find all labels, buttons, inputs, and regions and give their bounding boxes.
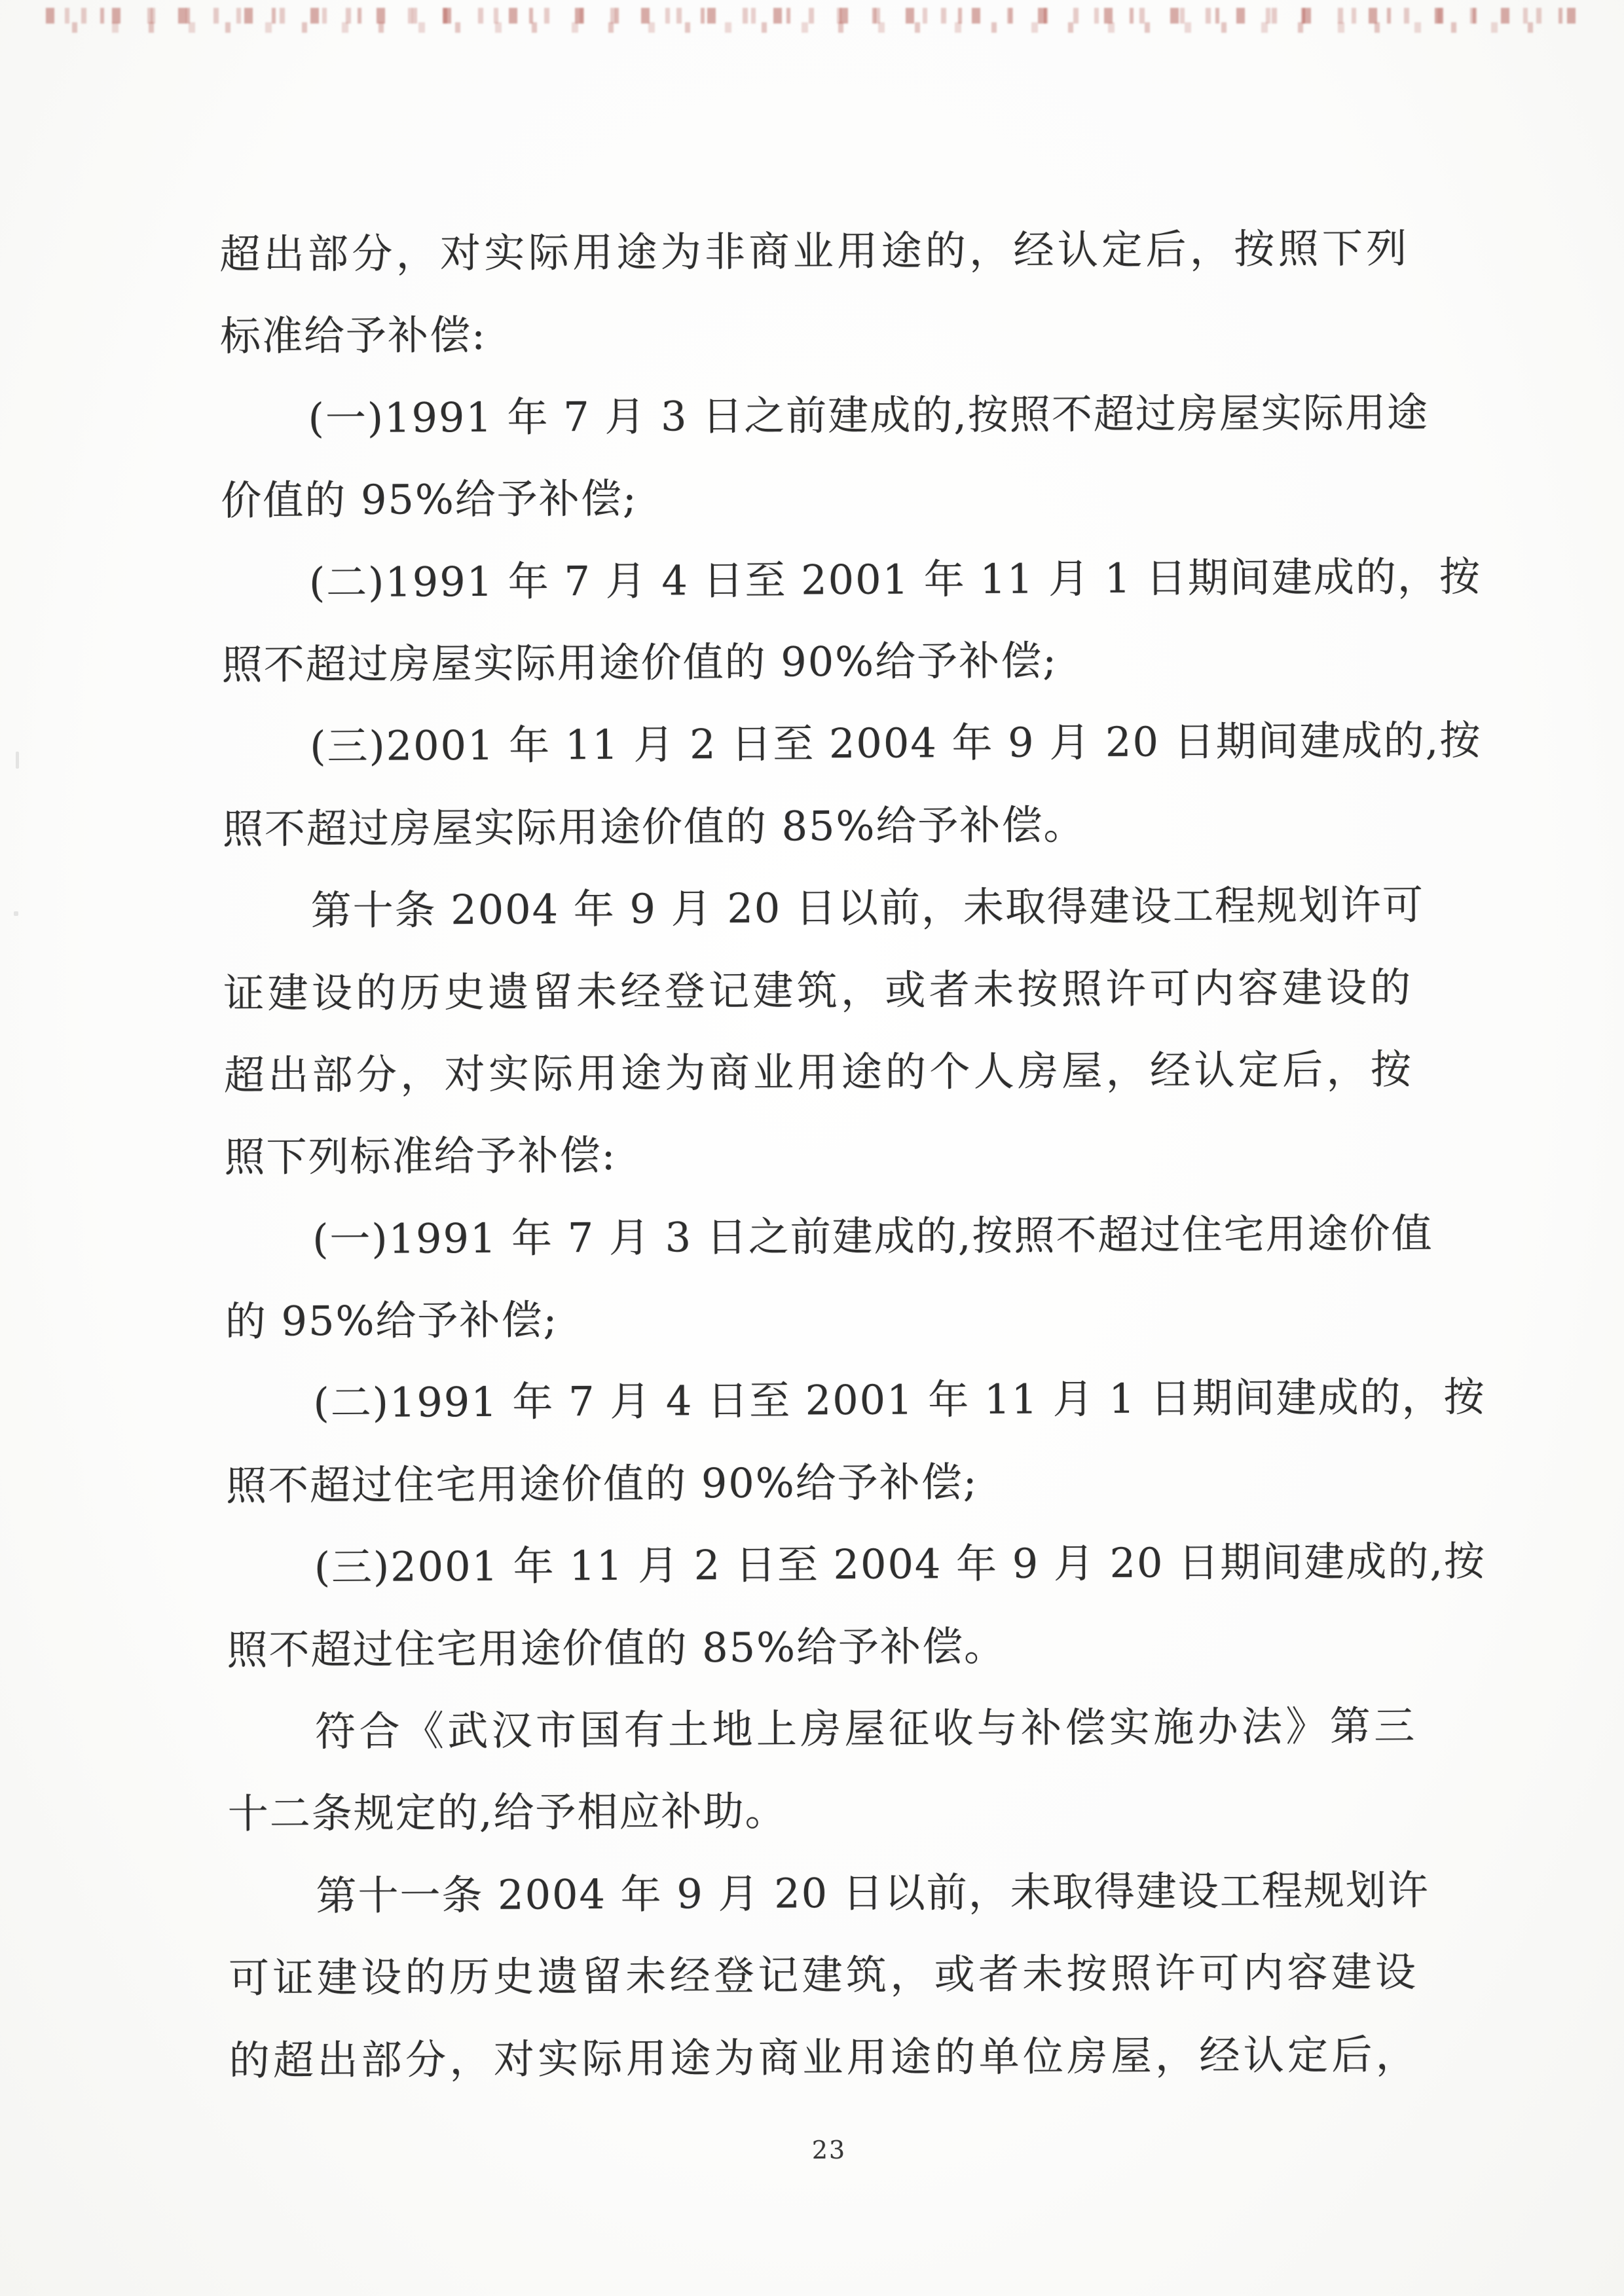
page-number: 23 (0, 2132, 1624, 2169)
document-body: 超出部分，对实际用途为非商业用途的，经认定后，按照下列 标准给予补偿: (一)1… (219, 207, 1418, 2101)
body-line-3: (一)1991 年 7 月 3 日之前建成的,按照不超过房屋实际用途 (220, 371, 1409, 460)
body-line-17: (三)2001 年 11 月 2 日至 2004 年 9 月 20 日期间建成的… (227, 1521, 1416, 1609)
body-line-21-article-11: 第十一条 2004 年 9 月 20 日以前，未取得建设工程规划许 (228, 1849, 1417, 1937)
body-line-16: 照不超过住宅用途价值的 90%给予补偿; (226, 1438, 1415, 1527)
scanned-document-page: 超出部分，对实际用途为非商业用途的，经认定后，按照下列 标准给予补偿: (一)1… (0, 0, 1624, 2296)
body-line-20: 十二条规定的,给予相应补助。 (227, 1767, 1416, 1855)
body-line-2: 标准给予补偿: (220, 289, 1409, 378)
body-line-4: 价值的 95%给予补偿; (221, 454, 1410, 542)
body-line-15: (二)1991 年 7 月 4 日至 2001 年 11 月 1 日期间建成的，… (225, 1357, 1414, 1445)
body-line-10: 证建设的历史遗留未经登记建筑，或者未按照许可内容建设的 (223, 946, 1412, 1034)
body-line-12: 照下列标准给予补偿: (224, 1110, 1413, 1199)
body-line-13: (一)1991 年 7 月 3 日之前建成的,按照不超过住宅用途价值 (225, 1192, 1414, 1281)
red-ink-cutoff-scan-artifact (0, 5, 1624, 39)
body-line-5: (二)1991 年 7 月 4 日至 2001 年 11 月 1 日期间建成的，… (221, 536, 1411, 624)
body-line-1: 超出部分，对实际用途为非商业用途的，经认定后，按照下列 (219, 207, 1409, 295)
scan-speck (14, 911, 18, 916)
body-line-14: 的 95%给予补偿; (225, 1275, 1414, 1363)
body-line-11: 超出部分，对实际用途为商业用途的个人房屋，经认定后，按 (224, 1028, 1413, 1116)
body-line-18: 照不超过住宅用途价值的 85%给予补偿。 (227, 1603, 1416, 1691)
body-line-19: 符合《武汉市国有土地上房屋征收与补偿实施办法》第三 (227, 1685, 1416, 1773)
body-line-6: 照不超过房屋实际用途价值的 90%给予补偿; (221, 617, 1411, 706)
scan-speck (16, 752, 19, 769)
body-line-9-article-10: 第十条 2004 年 9 月 20 日以前，未取得建设工程规划许可 (223, 864, 1412, 953)
body-line-23: 的超出部分，对实际用途为商业用途的单位房屋，经认定后， (229, 2013, 1418, 2102)
body-line-8: 照不超过房屋实际用途价值的 85%给予补偿。 (223, 782, 1412, 870)
body-line-7: (三)2001 年 11 月 2 日至 2004 年 9 月 20 日期间建成的… (222, 700, 1411, 788)
body-line-22: 可证建设的历史遗留未经登记建筑，或者未按照许可内容建设 (229, 1931, 1418, 2020)
